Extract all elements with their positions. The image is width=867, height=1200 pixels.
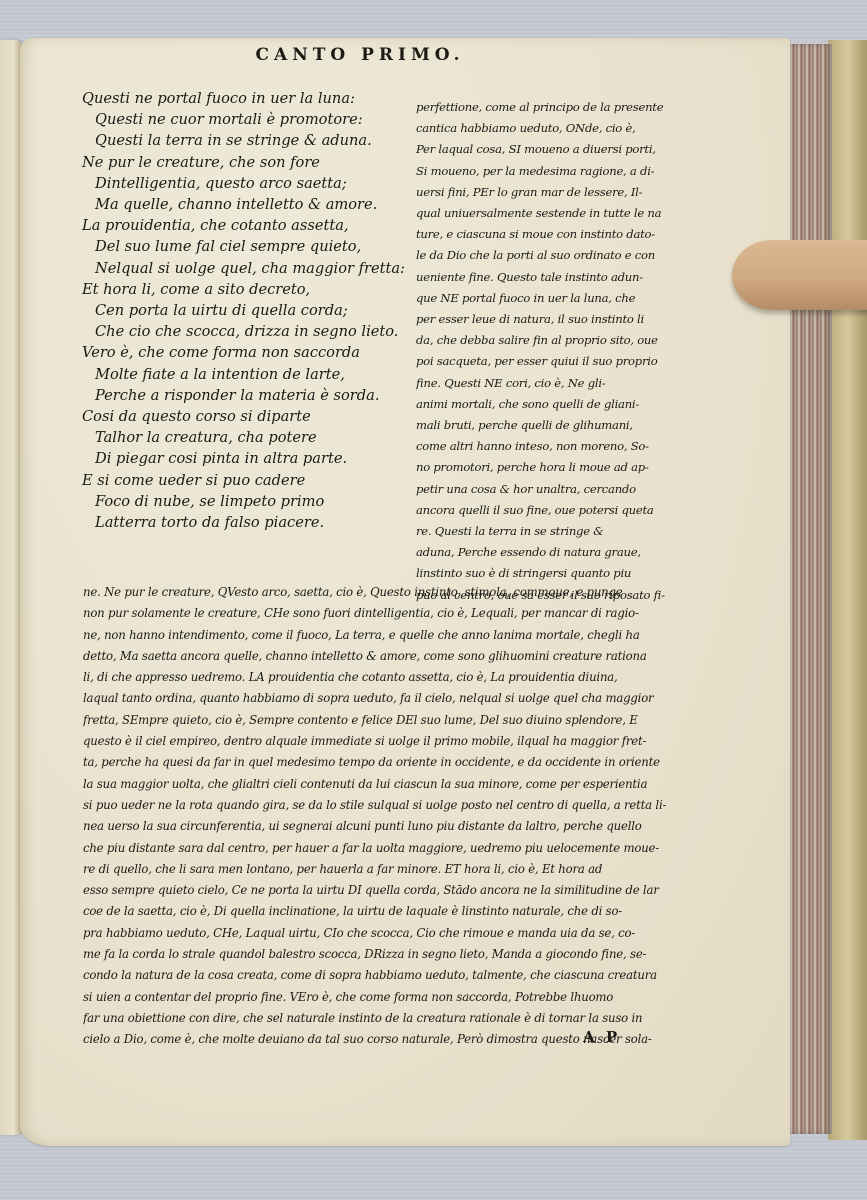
commentary-line: mali bruti, perche quelli de glihumani, xyxy=(416,415,678,436)
commentary-line: far una obiettione con dire, che sel nat… xyxy=(83,1008,683,1029)
commentary-line: pra habbiamo ueduto, CHe, Laqual uirtu, … xyxy=(83,923,683,944)
commentary-line: me fa la corda lo strale quandol balestr… xyxy=(83,944,683,965)
verse-line: E si come ueder si puo cadere xyxy=(82,470,412,491)
verse-line: Cen porta la uirtu di quella corda; xyxy=(82,300,412,321)
verse-line: Cosi da questo corso si diparte xyxy=(82,406,412,427)
commentary-line: coe de la saetta, cio è, Di quella incli… xyxy=(83,901,683,922)
commentary-line: condo la natura de la cosa creata, come … xyxy=(83,965,683,986)
commentary-full-width: ne. Ne pur le creature, QVesto arco, sae… xyxy=(83,582,683,1051)
verse-line: Foco di nube, se limpeto primo xyxy=(82,491,412,512)
commentary-line: come altri hanno inteso, non moreno, So- xyxy=(416,436,678,457)
commentary-line: per esser leue di natura, il suo instint… xyxy=(416,309,678,330)
verse-line: Dintelligentia, questo arco saetta; xyxy=(82,173,412,194)
commentary-line: perfettione, come al principo de la pres… xyxy=(416,97,678,118)
verse-line: Del suo lume fal ciel sempre quieto, xyxy=(82,236,412,257)
verse-line: Ne pur le creature, che son fore xyxy=(82,152,412,173)
wooden-page-holder xyxy=(732,240,867,310)
commentary-line: si uien a contentar del proprio fine. VE… xyxy=(83,987,683,1008)
commentary-line: da, che debba salire fin al proprio sito… xyxy=(416,330,678,351)
signature-mark: A P xyxy=(583,1028,620,1046)
commentary-line: ne, non hanno intendimento, come il fuoc… xyxy=(83,625,683,646)
commentary-line: que NE portal fuoco in uer la luna, che xyxy=(416,288,678,309)
left-page-edge xyxy=(0,40,22,1135)
commentary-line: li, di che appresso uedremo. LA prouiden… xyxy=(83,667,683,688)
commentary-line: aduna, Perche essendo di natura graue, xyxy=(416,542,678,563)
commentary-line: re. Questi la terra in se stringe & xyxy=(416,521,678,542)
verse-line: La prouidentia, che cotanto assetta, xyxy=(82,215,412,236)
verse-line: Vero è, che come forma non saccorda xyxy=(82,342,412,363)
verse-line: Questi la terra in se stringe & aduna. xyxy=(82,130,412,151)
commentary-line: esso sempre quieto cielo, Ce ne porta la… xyxy=(83,880,683,901)
verse-column: Questi ne portal fuoco in uer la luna:Qu… xyxy=(82,88,412,533)
commentary-line: non pur solamente le creature, CHe sono … xyxy=(83,603,683,624)
commentary-line: petir una cosa & hor unaltra, cercando xyxy=(416,479,678,500)
commentary-line: poi sacqueta, per esser quiui il suo pro… xyxy=(416,351,678,372)
commentary-line: ta, perche ha quesi da far in quel medes… xyxy=(83,752,683,773)
commentary-line: fretta, SEmpre quieto, cio è, Sempre con… xyxy=(83,710,683,731)
commentary-line: uersi fini, PEr lo gran mar de lessere, … xyxy=(416,182,678,203)
commentary-line: fine. Questi NE cori, cio è, Ne gli- xyxy=(416,373,678,394)
commentary-line: animi mortali, che sono quelli de gliani… xyxy=(416,394,678,415)
commentary-line: no promotori, perche hora li moue ad ap- xyxy=(416,457,678,478)
verse-line: Perche a risponder la materia è sorda. xyxy=(82,385,412,406)
commentary-line: Si moueno, per la medesima ragione, a di… xyxy=(416,161,678,182)
commentary-line: ancora quelli il suo fine, oue potersi q… xyxy=(416,500,678,521)
commentary-line: ueniente fine. Questo tale instinto adun… xyxy=(416,267,678,288)
commentary-line: detto, Ma saetta ancora quelle, channo i… xyxy=(83,646,683,667)
commentary-line: le da Dio che la porti al suo ordinato e… xyxy=(416,245,678,266)
commentary-line: qual uniuersalmente sestende in tutte le… xyxy=(416,203,678,224)
verse-line: Ma quelle, channo intelletto & amore. xyxy=(82,194,412,215)
commentary-right-column: perfettione, come al principo de la pres… xyxy=(416,97,678,606)
commentary-line: ture, e ciascuna si moue con instinto da… xyxy=(416,224,678,245)
commentary-line: re di quello, che li sara men lontano, p… xyxy=(83,859,683,880)
verse-line: Molte fiate a la intention de larte, xyxy=(82,364,412,385)
verse-line: Nelqual si uolge quel, cha maggior frett… xyxy=(82,258,412,279)
commentary-line: Per laqual cosa, SI moueno a diuersi por… xyxy=(416,139,678,160)
commentary-line: si puo ueder ne la rota quando gira, se … xyxy=(83,795,683,816)
commentary-line: nea uerso la sua circunferentia, ui segn… xyxy=(83,816,683,837)
verse-line: Et hora li, come a sito decreto, xyxy=(82,279,412,300)
verse-line: Latterra torto da falso piacere. xyxy=(82,512,412,533)
verse-line: Talhor la creatura, cha potere xyxy=(82,427,412,448)
verse-line: Che cio che scocca, drizza in segno liet… xyxy=(82,321,412,342)
commentary-line: laqual tanto ordina, quanto habbiamo di … xyxy=(83,688,683,709)
commentary-line: ne. Ne pur le creature, QVesto arco, sae… xyxy=(83,582,683,603)
commentary-line: cantica habbiamo ueduto, ONde, cio è, xyxy=(416,118,678,139)
commentary-line: la sua maggior uolta, che glialtri cieli… xyxy=(83,774,683,795)
verse-line: Di piegar cosi pinta in altra parte. xyxy=(82,448,412,469)
commentary-line: che piu distante sara dal centro, per ha… xyxy=(83,838,683,859)
running-title: CANTO PRIMO. xyxy=(250,45,470,65)
verse-line: Questi ne portal fuoco in uer la luna: xyxy=(82,88,412,109)
verse-line: Questi ne cuor mortali è promotore: xyxy=(82,109,412,130)
book-binding xyxy=(828,40,867,1140)
commentary-line: questo è il ciel empireo, dentro alquale… xyxy=(83,731,683,752)
